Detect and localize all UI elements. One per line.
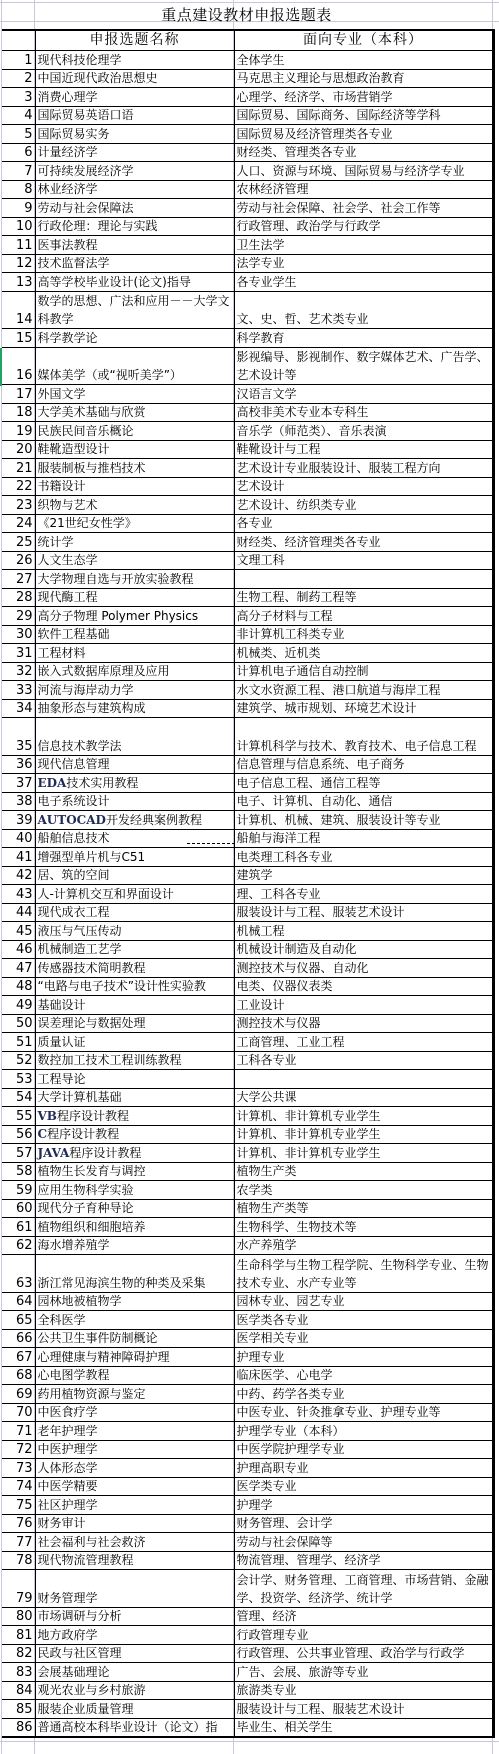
topic-name-cell[interactable]: 机械制造工艺学	[35, 940, 234, 959]
table-row: 77社会福利与社会救济劳动与社会保障等	[2, 1533, 493, 1552]
target-major-cell[interactable]: 旅游类专业	[234, 1681, 493, 1700]
target-major-cell[interactable]: 计算机电子通信自动控制	[234, 662, 493, 681]
target-major-cell[interactable]: 中药、药学各类专业	[234, 1385, 493, 1404]
row-number-cell[interactable]: 11	[2, 236, 35, 255]
topic-name-cell[interactable]: 现代信息管理	[35, 755, 234, 774]
row-number-cell[interactable]: 49	[2, 996, 35, 1015]
row-number-cell[interactable]: 52	[2, 1051, 35, 1070]
target-major-cell[interactable]: 计算机、机械、建筑、服装设计等专业	[234, 811, 493, 830]
topic-name-cell[interactable]: 植物组织和细胞培养	[35, 1218, 234, 1237]
table-row: 58植物生长发育与调控植物生产类	[2, 1162, 493, 1181]
topic-name-cell[interactable]: 现代分子育种导论	[35, 1199, 234, 1218]
row-number-cell[interactable]: 43	[2, 885, 35, 904]
row-number-cell[interactable]: 75	[2, 1496, 35, 1515]
topic-name-cell[interactable]: 科学教学论	[35, 329, 234, 348]
target-major-cell[interactable]: 植物生产类	[234, 1162, 493, 1181]
target-major-cell[interactable]: 法学专业	[234, 254, 493, 273]
target-major-cell[interactable]: 机械设计制造及自动化	[234, 940, 493, 959]
topic-name-cell[interactable]: 外国文学	[35, 385, 234, 404]
latin-prefix: VB	[38, 1109, 57, 1123]
topic-name-cell[interactable]: 人文生态学	[35, 551, 234, 570]
target-major-cell[interactable]: 国际贸易、国际商务、国际经济等学科	[234, 106, 493, 125]
table-row: 61植物组织和细胞培养生物科学、生物技术等	[2, 1218, 493, 1237]
topic-name-cell[interactable]: C程序设计教程	[35, 1125, 234, 1144]
row-number-cell[interactable]: 77	[2, 1533, 35, 1552]
topic-name-cell[interactable]: 液压与气压传动	[35, 922, 234, 941]
target-major-cell[interactable]: 农林经济管理	[234, 180, 493, 199]
topic-name-cell[interactable]: 《21世纪女性学》	[35, 514, 234, 533]
header-name-cell[interactable]: 申报选题名称	[35, 30, 234, 51]
row-number-cell[interactable]: 14	[2, 291, 35, 329]
target-major-cell[interactable]	[234, 1070, 493, 1089]
target-major-cell[interactable]: 机械工程	[234, 922, 493, 941]
topic-name-cell[interactable]: 社区护理学	[35, 1496, 234, 1515]
row-number-cell[interactable]: 73	[2, 1459, 35, 1478]
row-number-cell[interactable]: 50	[2, 1014, 35, 1033]
row-number-cell[interactable]: 70	[2, 1403, 35, 1422]
target-major-cell[interactable]: 科学教育	[234, 329, 493, 348]
target-major-cell[interactable]: 机械类、近机类	[234, 644, 493, 663]
target-major-cell[interactable]: 各专业	[234, 514, 493, 533]
topic-name-cell[interactable]: 技术监督法学	[35, 254, 234, 273]
table-row: 26人文生态学文理工科	[2, 551, 493, 570]
target-major-cell[interactable]: 工科各专业	[234, 1051, 493, 1070]
target-major-cell[interactable]: 行政管理、政治学与行政学	[234, 217, 493, 236]
row-number-cell[interactable]: 9	[2, 199, 35, 218]
target-major-cell[interactable]: 艺术设计、纺织类专业	[234, 496, 493, 515]
target-major-cell[interactable]: 计算机、非计算机专业学生	[234, 1125, 493, 1144]
topic-name-cell[interactable]: 全科医学	[35, 1311, 234, 1330]
topic-name-cell[interactable]: 老年护理学	[35, 1422, 234, 1441]
topic-name-cell[interactable]: 会展基础理论	[35, 1663, 234, 1682]
target-major-cell[interactable]: 测控技术与仪器	[234, 1014, 493, 1033]
topic-name-cell[interactable]: 统计学	[35, 533, 234, 552]
topic-name-cell[interactable]: AUTOCAD开发经典案例教程	[35, 811, 234, 830]
target-major-cell[interactable]: 文理工科	[234, 551, 493, 570]
row-number-cell[interactable]: 81	[2, 1626, 35, 1645]
target-major-cell[interactable]: 临床医学、心电学	[234, 1366, 493, 1385]
target-major-cell[interactable]: 会计学、财务管理、工商管理、市场营销、金融学、投资学、经济学、统计学	[234, 1570, 493, 1608]
topic-name-cell[interactable]: 中医食疗学	[35, 1403, 234, 1422]
target-major-cell[interactable]: 计算机、非计算机专业学生	[234, 1107, 493, 1126]
topic-name-cell[interactable]: 工程导论	[35, 1070, 234, 1089]
header-major-cell[interactable]: 面向专业（本科）	[234, 30, 493, 51]
topic-name-cell[interactable]: 织物与艺术	[35, 496, 234, 515]
target-major-cell[interactable]: 毕业生、相关学生	[234, 1718, 493, 1737]
topic-name-cell[interactable]: 公共卫生事件防制概论	[35, 1329, 234, 1348]
row-number-cell[interactable]: 38	[2, 792, 35, 811]
topic-name-cell[interactable]: 大学计算机基础	[35, 1088, 234, 1107]
target-major-cell[interactable]: 影视编导、影视制作、数字媒体艺术、广告学、艺术设计等	[234, 347, 493, 385]
target-major-cell[interactable]: 高分子材料与工程	[234, 607, 493, 626]
target-major-cell[interactable]: 计算机科学与技术、教育技术、电子信息工程	[234, 718, 493, 756]
target-major-cell[interactable]: 水文水资源工程、港口航道与海岸工程	[234, 681, 493, 700]
row-number-cell[interactable]: 32	[2, 662, 35, 681]
topic-name-cell[interactable]: 市场调研与分析	[35, 1607, 234, 1626]
row-number-cell[interactable]: 7	[2, 162, 35, 181]
topic-name-cell[interactable]: 软件工程基础	[35, 625, 234, 644]
row-number-cell[interactable]: 65	[2, 1311, 35, 1330]
topic-name-cell[interactable]: 普通高校本科毕业设计（论文）指	[35, 1718, 234, 1737]
topic-name-cell[interactable]: 社会福利与社会救济	[35, 1533, 234, 1552]
topic-name-cell[interactable]: 高分子物理 Polymer Physics	[35, 607, 234, 626]
row-number-cell[interactable]: 26	[2, 551, 35, 570]
table-row: 51质量认证工商管理、工业工程	[2, 1033, 493, 1052]
table-row: 86普通高校本科毕业设计（论文）指毕业生、相关学生	[2, 1718, 493, 1737]
name-rest: 开发经典案例教程	[106, 813, 202, 827]
topic-name-cell[interactable]: 媒体美学（或“视听美学”）	[35, 347, 234, 385]
target-major-cell[interactable]: 劳动与社会保障等	[234, 1533, 493, 1552]
topic-name-cell[interactable]: 计量经济学	[35, 143, 234, 162]
target-major-cell[interactable]: 船舶与海洋工程	[234, 829, 493, 848]
row-number-cell[interactable]: 3	[2, 88, 35, 107]
topic-name-cell[interactable]: 劳动与社会保障法	[35, 199, 234, 218]
target-major-cell[interactable]: 生物工程、制药工程等	[234, 588, 493, 607]
target-major-cell[interactable]: 高校非美术专业本专科生	[234, 403, 493, 422]
target-major-cell[interactable]: 护理专业	[234, 1348, 493, 1367]
row-number-cell[interactable]: 68	[2, 1366, 35, 1385]
row-number-cell[interactable]: 5	[2, 125, 35, 144]
row-number-cell[interactable]: 56	[2, 1125, 35, 1144]
target-major-cell[interactable]: 财经类、经济管理类各专业	[234, 533, 493, 552]
topic-name-cell[interactable]: 船舶信息技术	[35, 829, 234, 848]
row-number-cell[interactable]: 20	[2, 440, 35, 459]
topic-name-cell[interactable]: 中医学精要	[35, 1477, 234, 1496]
target-major-cell[interactable]: 服装设计与工程、服装艺术设计	[234, 903, 493, 922]
topic-name-cell[interactable]: 财务管理学	[35, 1570, 234, 1608]
table-row: 11医事法教程卫生法学	[2, 236, 493, 255]
topic-name-cell[interactable]: EDA技术实用教程	[35, 774, 234, 793]
row-number-cell[interactable]: 55	[2, 1107, 35, 1126]
topic-name-cell[interactable]: 基础设计	[35, 996, 234, 1015]
target-major-cell[interactable]: 文、史、哲、艺术类专业	[234, 291, 493, 329]
target-major-cell[interactable]: 物流管理、管理学、经济学	[234, 1551, 493, 1570]
topic-name-cell[interactable]: 服装企业质量管理	[35, 1700, 234, 1719]
gridline	[0, 1741, 499, 1742]
row-number-cell[interactable]: 30	[2, 625, 35, 644]
target-major-cell[interactable]: 人口、资源与环境、国际贸易与经济学专业	[234, 162, 493, 181]
row-number-cell[interactable]: 57	[2, 1144, 35, 1163]
row-number-cell[interactable]: 45	[2, 922, 35, 941]
row-number-cell[interactable]: 15	[2, 329, 35, 348]
target-major-cell[interactable]: 鞋靴设计与工程	[234, 440, 493, 459]
row-number-cell[interactable]: 39	[2, 811, 35, 830]
target-major-cell[interactable]: 水产养殖学	[234, 1236, 493, 1255]
target-major-cell[interactable]: 信息管理与信息系统、电子商务	[234, 755, 493, 774]
topic-name-cell[interactable]: 人-计算机交互和界面设计	[35, 885, 234, 904]
topic-name-cell[interactable]: 林业经济学	[35, 180, 234, 199]
table-row: 72中医护理学中医学院护理学专业	[2, 1440, 493, 1459]
row-number-cell[interactable]: 42	[2, 866, 35, 885]
topic-name-cell[interactable]: 现代科技伦理学	[35, 51, 234, 70]
table-row: 24《21世纪女性学》各专业	[2, 514, 493, 533]
topic-name-cell[interactable]: 鞋靴造型设计	[35, 440, 234, 459]
row-number-cell[interactable]: 29	[2, 607, 35, 626]
row-number-cell[interactable]: 58	[2, 1162, 35, 1181]
topic-name-cell[interactable]: 地方政府学	[35, 1626, 234, 1645]
table-row: 56C程序设计教程计算机、非计算机专业学生	[2, 1125, 493, 1144]
row-number-cell[interactable]: 18	[2, 403, 35, 422]
target-major-cell[interactable]: 马克思主义理论与思想政治教育	[234, 69, 493, 88]
topic-name-cell[interactable]: 观光农业与乡村旅游	[35, 1681, 234, 1700]
target-major-cell[interactable]: 中医学院护理学专业	[234, 1440, 493, 1459]
row-number-cell[interactable]: 33	[2, 681, 35, 700]
target-major-cell[interactable]: 艺术设计	[234, 477, 493, 496]
row-number-cell[interactable]: 76	[2, 1514, 35, 1533]
topic-name-cell[interactable]: 误差理论与数据处理	[35, 1014, 234, 1033]
table-row: 42居、筑的空间建筑学	[2, 866, 493, 885]
table-row: 13高等学校毕业设计(论文)指导各专业学生	[2, 273, 493, 292]
row-number-cell[interactable]: 44	[2, 903, 35, 922]
topic-name-cell[interactable]: 现代成衣工程	[35, 903, 234, 922]
row-number-cell[interactable]: 40	[2, 829, 35, 848]
row-number-cell[interactable]: 35	[2, 718, 35, 756]
row-number-cell[interactable]: 23	[2, 496, 35, 515]
row-number-cell[interactable]: 61	[2, 1218, 35, 1237]
topic-name-cell[interactable]: 人体形态学	[35, 1459, 234, 1478]
row-number-cell[interactable]: 46	[2, 940, 35, 959]
table-row: 70中医食疗学中医专业、针灸推拿专业、护理专业等	[2, 1403, 493, 1422]
topic-name-cell[interactable]: 浙江常见海滨生物的种类及采集	[35, 1255, 234, 1293]
row-number-cell[interactable]: 64	[2, 1292, 35, 1311]
table-row: 63浙江常见海滨生物的种类及采集生命科学与生物工程学院、生物科学专业、生物技术专…	[2, 1255, 493, 1293]
topic-name-cell[interactable]: 民族民间音乐概论	[35, 422, 234, 441]
row-number-cell[interactable]: 67	[2, 1348, 35, 1367]
row-number-cell[interactable]: 71	[2, 1422, 35, 1441]
table-row: 19民族民间音乐概论音乐学（师范类）、音乐表演	[2, 422, 493, 441]
topic-name-cell[interactable]: VB程序设计教程	[35, 1107, 234, 1126]
target-major-cell[interactable]: 音乐学（师范类）、音乐表演	[234, 422, 493, 441]
topic-name-cell[interactable]: 传感器技术简明教程	[35, 959, 234, 978]
topic-name-cell[interactable]: JAVA程序设计教程	[35, 1144, 234, 1163]
topic-name-cell[interactable]: 民政与社区管理	[35, 1644, 234, 1663]
table-row: 75社区护理学护理学	[2, 1496, 493, 1515]
topic-name-cell[interactable]: 增强型单片机与C51	[35, 848, 234, 867]
table-row: 46机械制造工艺学机械设计制造及自动化	[2, 940, 493, 959]
row-number-cell[interactable]: 63	[2, 1255, 35, 1293]
topic-name-cell[interactable]: 药用植物资源与鉴定	[35, 1385, 234, 1404]
topic-name-cell[interactable]: 居、筑的空间	[35, 866, 234, 885]
topic-name-cell[interactable]: 国际贸易实务	[35, 125, 234, 144]
row-number-cell[interactable]: 86	[2, 1718, 35, 1737]
table-row: 44现代成衣工程服装设计与工程、服装艺术设计	[2, 903, 493, 922]
row-number-cell[interactable]: 21	[2, 459, 35, 478]
target-major-cell[interactable]: 护理学	[234, 1496, 493, 1515]
row-number-cell[interactable]: 60	[2, 1199, 35, 1218]
row-number-cell[interactable]: 22	[2, 477, 35, 496]
target-major-cell[interactable]: 服装设计与工程、服装艺术设计	[234, 1700, 493, 1719]
target-major-cell[interactable]: 国际贸易及经济管理类各专业	[234, 125, 493, 144]
target-major-cell[interactable]: 卫生法学	[234, 236, 493, 255]
table-row: 8林业经济学农林经济管理	[2, 180, 493, 199]
target-major-cell[interactable]: 园林专业、园艺专业	[234, 1292, 493, 1311]
target-major-cell[interactable]: 护理学专业（本科）	[234, 1422, 493, 1441]
target-major-cell[interactable]: 电类理工科各专业	[234, 848, 493, 867]
topic-name-cell[interactable]: 医事法教程	[35, 236, 234, 255]
topic-name-cell[interactable]: 高等学校毕业设计(论文)指导	[35, 273, 234, 292]
target-major-cell[interactable]: 全体学生	[234, 51, 493, 70]
row-number-cell[interactable]: 27	[2, 570, 35, 589]
target-major-cell[interactable]: 广告、会展、旅游等专业	[234, 1663, 493, 1682]
target-major-cell[interactable]: 电子信息工程、通信工程等	[234, 774, 493, 793]
target-major-cell[interactable]: 护理高职专业	[234, 1459, 493, 1478]
topic-name-cell[interactable]: 中医护理学	[35, 1440, 234, 1459]
table-row: 76财务审计财务管理、会计学	[2, 1514, 493, 1533]
topic-name-cell[interactable]: 电子系统设计	[35, 792, 234, 811]
row-number-cell[interactable]: 84	[2, 1681, 35, 1700]
row-number-cell[interactable]: 34	[2, 699, 35, 718]
row-number-cell[interactable]: 79	[2, 1570, 35, 1608]
table-row: 6计量经济学财经类、管理类各专业	[2, 143, 493, 162]
target-major-cell[interactable]: 医学相关专业	[234, 1329, 493, 1348]
row-number-cell[interactable]: 62	[2, 1236, 35, 1255]
target-major-cell[interactable]: 医学类专业	[234, 1477, 493, 1496]
target-major-cell[interactable]: 电子、计算机、自动化、通信	[234, 792, 493, 811]
target-major-cell[interactable]: 工业设计	[234, 996, 493, 1015]
table-body: 1现代科技伦理学全体学生2中国近现代政治思想史马克思主义理论与思想政治教育3消费…	[2, 51, 493, 1738]
row-number-cell[interactable]: 51	[2, 1033, 35, 1052]
target-major-cell[interactable]	[234, 570, 493, 589]
row-number-cell[interactable]: 66	[2, 1329, 35, 1348]
row-number-cell[interactable]: 82	[2, 1644, 35, 1663]
target-major-cell[interactable]: 建筑学、城市规划、环境艺术设计	[234, 699, 493, 718]
target-major-cell[interactable]: 理、工科各专业	[234, 885, 493, 904]
row-number-cell[interactable]: 19	[2, 422, 35, 441]
topic-name-cell[interactable]: 中国近现代政治思想史	[35, 69, 234, 88]
topic-name-cell[interactable]: 应用生物科学实验	[35, 1181, 234, 1200]
table-row: 27大学物理自选与开放实验教程	[2, 570, 493, 589]
row-number-cell[interactable]: 28	[2, 588, 35, 607]
table-row: 25统计学财经类、经济管理类各专业	[2, 533, 493, 552]
table-row: 14数学的思想、广法和应用－－大学文科教学文、史、哲、艺术类专业	[2, 291, 493, 329]
topic-name-cell[interactable]: 质量认证	[35, 1033, 234, 1052]
target-major-cell[interactable]: 行政管理专业	[234, 1626, 493, 1645]
topic-name-cell[interactable]: 消费心理学	[35, 88, 234, 107]
table-row: 65全科医学医学类各专业	[2, 1311, 493, 1330]
target-major-cell[interactable]: 测控技术与仪器、自动化	[234, 959, 493, 978]
row-number-cell[interactable]: 85	[2, 1700, 35, 1719]
topic-name-cell[interactable]: 财务审计	[35, 1514, 234, 1533]
target-major-cell[interactable]: 非计算机工科类专业	[234, 625, 493, 644]
target-major-cell[interactable]: 管理、经济	[234, 1607, 493, 1626]
topic-name-cell[interactable]: 抽象形态与建筑构成	[35, 699, 234, 718]
row-number-cell[interactable]: 41	[2, 848, 35, 867]
topic-name-cell[interactable]: 服装制板与推档技术	[35, 459, 234, 478]
topic-name-cell[interactable]: 现代酶工程	[35, 588, 234, 607]
table-header-row: 申报选题名称 面向专业（本科）	[2, 30, 493, 51]
row-number-cell[interactable]: 36	[2, 755, 35, 774]
target-major-cell[interactable]: 农学类	[234, 1181, 493, 1200]
table-row: 64园林地被植物学园林专业、园艺专业	[2, 1292, 493, 1311]
target-major-cell[interactable]: 财务管理、会计学	[234, 1514, 493, 1533]
row-number-cell[interactable]: 10	[2, 217, 35, 236]
row-number-cell[interactable]: 83	[2, 1663, 35, 1682]
target-major-cell[interactable]: 医学类各专业	[234, 1311, 493, 1330]
table-row: 18大学美术基础与欣赏高校非美术专业本专科生	[2, 403, 493, 422]
row-number-cell[interactable]: 4	[2, 106, 35, 125]
header-index-cell[interactable]	[2, 30, 35, 51]
target-major-cell[interactable]: 大学公共课	[234, 1088, 493, 1107]
topic-name-cell[interactable]: 数控加工技术工程训练教程	[35, 1051, 234, 1070]
topic-name-cell[interactable]: “电路与电子技术”设计性实验教	[35, 977, 234, 996]
topic-name-cell[interactable]: 心理健康与精神障碍护理	[35, 1348, 234, 1367]
row-number-cell[interactable]: 37	[2, 774, 35, 793]
table-row: 73人体形态学护理高职专业	[2, 1459, 493, 1478]
target-major-cell[interactable]: 工商管理、工业工程	[234, 1033, 493, 1052]
topic-name-cell[interactable]: 河流与海岸动力学	[35, 681, 234, 700]
row-number-cell[interactable]: 13	[2, 273, 35, 292]
target-major-cell[interactable]: 中医专业、针灸推拿专业、护理专业等	[234, 1403, 493, 1422]
topic-name-cell[interactable]: 行政伦理：理论与实践	[35, 217, 234, 236]
row-number-cell[interactable]: 12	[2, 254, 35, 273]
row-number-cell[interactable]: 72	[2, 1440, 35, 1459]
topic-name-cell[interactable]: 大学美术基础与欣赏	[35, 403, 234, 422]
table-row: 28现代酶工程生物工程、制药工程等	[2, 588, 493, 607]
row-number-cell[interactable]: 6	[2, 143, 35, 162]
row-number-cell[interactable]: 54	[2, 1088, 35, 1107]
target-major-cell[interactable]: 各专业学生	[234, 273, 493, 292]
target-major-cell[interactable]: 建筑学	[234, 866, 493, 885]
row-number-cell[interactable]: 31	[2, 644, 35, 663]
row-number-cell[interactable]: 53	[2, 1070, 35, 1089]
topic-name-cell[interactable]: 大学物理自选与开放实验教程	[35, 570, 234, 589]
target-major-cell[interactable]: 生物科学、生物技术等	[234, 1218, 493, 1237]
topic-name-cell[interactable]: 现代物流管理教程	[35, 1551, 234, 1570]
target-major-cell[interactable]: 行政管理、公共事业管理、政治学与行政学	[234, 1644, 493, 1663]
row-number-cell[interactable]: 74	[2, 1477, 35, 1496]
table-row: 52数控加工技术工程训练教程工科各专业	[2, 1051, 493, 1070]
row-number-cell[interactable]: 17	[2, 385, 35, 404]
row-number-cell[interactable]: 16	[2, 347, 35, 385]
target-major-cell[interactable]: 电类、仪器仪表类	[234, 977, 493, 996]
target-major-cell[interactable]: 生命科学与生物工程学院、生物科学专业、生物技术专业、水产专业等	[234, 1255, 493, 1293]
table-row: 32嵌入式数据库原理及应用计算机电子通信自动控制	[2, 662, 493, 681]
row-number-cell[interactable]: 59	[2, 1181, 35, 1200]
row-number-cell[interactable]: 25	[2, 533, 35, 552]
row-number-cell[interactable]: 1	[2, 51, 35, 70]
table-row: 68心电图学教程临床医学、心电学	[2, 1366, 493, 1385]
table-row: 12技术监督法学法学专业	[2, 254, 493, 273]
topic-name-cell[interactable]: 工程材料	[35, 644, 234, 663]
target-major-cell[interactable]: 艺术设计专业服装设计、服装工程方向	[234, 459, 493, 478]
row-number-cell[interactable]: 24	[2, 514, 35, 533]
target-major-cell[interactable]: 财经类、管理类各专业	[234, 143, 493, 162]
target-major-cell[interactable]: 植物生产类等	[234, 1199, 493, 1218]
topic-name-cell[interactable]: 书籍设计	[35, 477, 234, 496]
row-number-cell[interactable]: 80	[2, 1607, 35, 1626]
topic-name-cell[interactable]: 国际贸易英语口语	[35, 106, 234, 125]
topic-name-cell[interactable]: 数学的思想、广法和应用－－大学文科教学	[35, 291, 234, 329]
topic-name-cell[interactable]: 信息技术教学法	[35, 718, 234, 756]
row-number-cell[interactable]: 48	[2, 977, 35, 996]
target-major-cell[interactable]: 劳动与社会保障、社会学、社会工作等	[234, 199, 493, 218]
target-major-cell[interactable]: 心理学、经济学、市场营销学	[234, 88, 493, 107]
topic-name-cell[interactable]: 心电图学教程	[35, 1366, 234, 1385]
row-number-cell[interactable]: 47	[2, 959, 35, 978]
topic-name-cell[interactable]: 可持续发展经济学	[35, 162, 234, 181]
topic-name-cell[interactable]: 嵌入式数据库原理及应用	[35, 662, 234, 681]
topic-name-cell[interactable]: 海水增养殖学	[35, 1236, 234, 1255]
row-number-cell[interactable]: 2	[2, 69, 35, 88]
target-major-cell[interactable]: 计算机、非计算机专业学生	[234, 1144, 493, 1163]
row-number-cell[interactable]: 69	[2, 1385, 35, 1404]
topic-name-cell[interactable]: 植物生长发育与调控	[35, 1162, 234, 1181]
target-major-cell[interactable]: 汉语言文学	[234, 385, 493, 404]
row-number-cell[interactable]: 8	[2, 180, 35, 199]
row-number-cell[interactable]: 78	[2, 1551, 35, 1570]
table-row: 55VB程序设计教程计算机、非计算机专业学生	[2, 1107, 493, 1126]
topic-name-cell[interactable]: 园林地被植物学	[35, 1292, 234, 1311]
